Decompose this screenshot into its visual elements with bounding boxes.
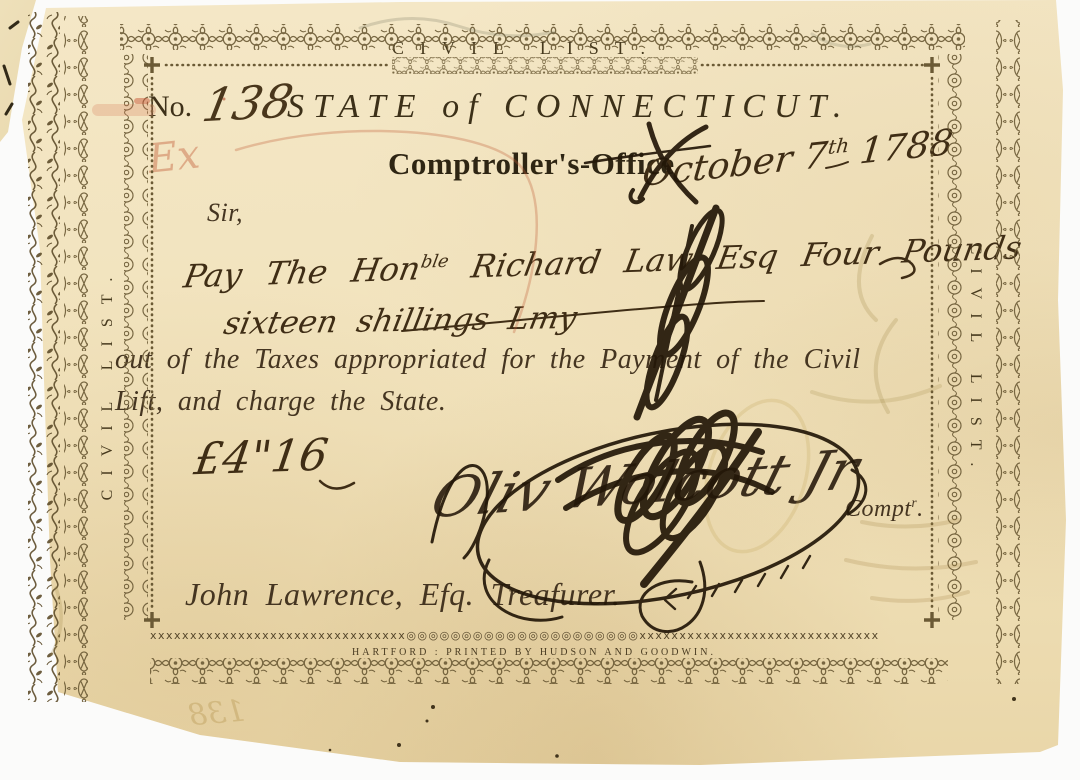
- state-title: STATE of CONNECTICUT.: [287, 88, 850, 126]
- doc-number-label: No.: [148, 90, 192, 124]
- compt-text: Compt: [845, 496, 912, 522]
- treasurer-line: John Lawrence, Efq. Treafurer.: [185, 576, 620, 613]
- salutation: Sir,: [207, 198, 243, 228]
- side-right-civil-list: CIVIL LIST.: [966, 244, 984, 481]
- scanned-document: CIVIL LIST. No. 138 STATE of CONNECTICUT…: [0, 0, 1080, 780]
- side-left-civil-list: CIVIL LIST.: [99, 264, 117, 501]
- comptroller-abbreviation: Comptr.: [845, 495, 924, 523]
- body-line-1: out of the Taxes appropriated for the Pa…: [115, 344, 861, 376]
- pay-superscript: ble: [419, 252, 450, 273]
- office-line: Comptroller's-Office: [388, 146, 675, 182]
- body-line-2: Lift, and charge the State.: [115, 386, 446, 418]
- amount-words-line: sixteen shillings Lmy: [221, 300, 580, 342]
- ghost-number: 138: [187, 694, 247, 734]
- compt-period: .: [917, 496, 924, 522]
- exam-mark: Ex: [146, 131, 202, 182]
- civil-list-band: CIVIL LIST.: [392, 38, 661, 59]
- xo-border-row: xxxxxxxxxxxxxxxxxxxxxxxxxxxxxxxx◎◎◎◎◎◎◎◎…: [150, 629, 942, 642]
- doc-number-value: 138: [198, 74, 297, 133]
- imprint-line: HARTFORD : PRINTED BY HUDSON AND GOODWIN…: [352, 647, 716, 658]
- amount-figures: £4"16: [191, 430, 331, 486]
